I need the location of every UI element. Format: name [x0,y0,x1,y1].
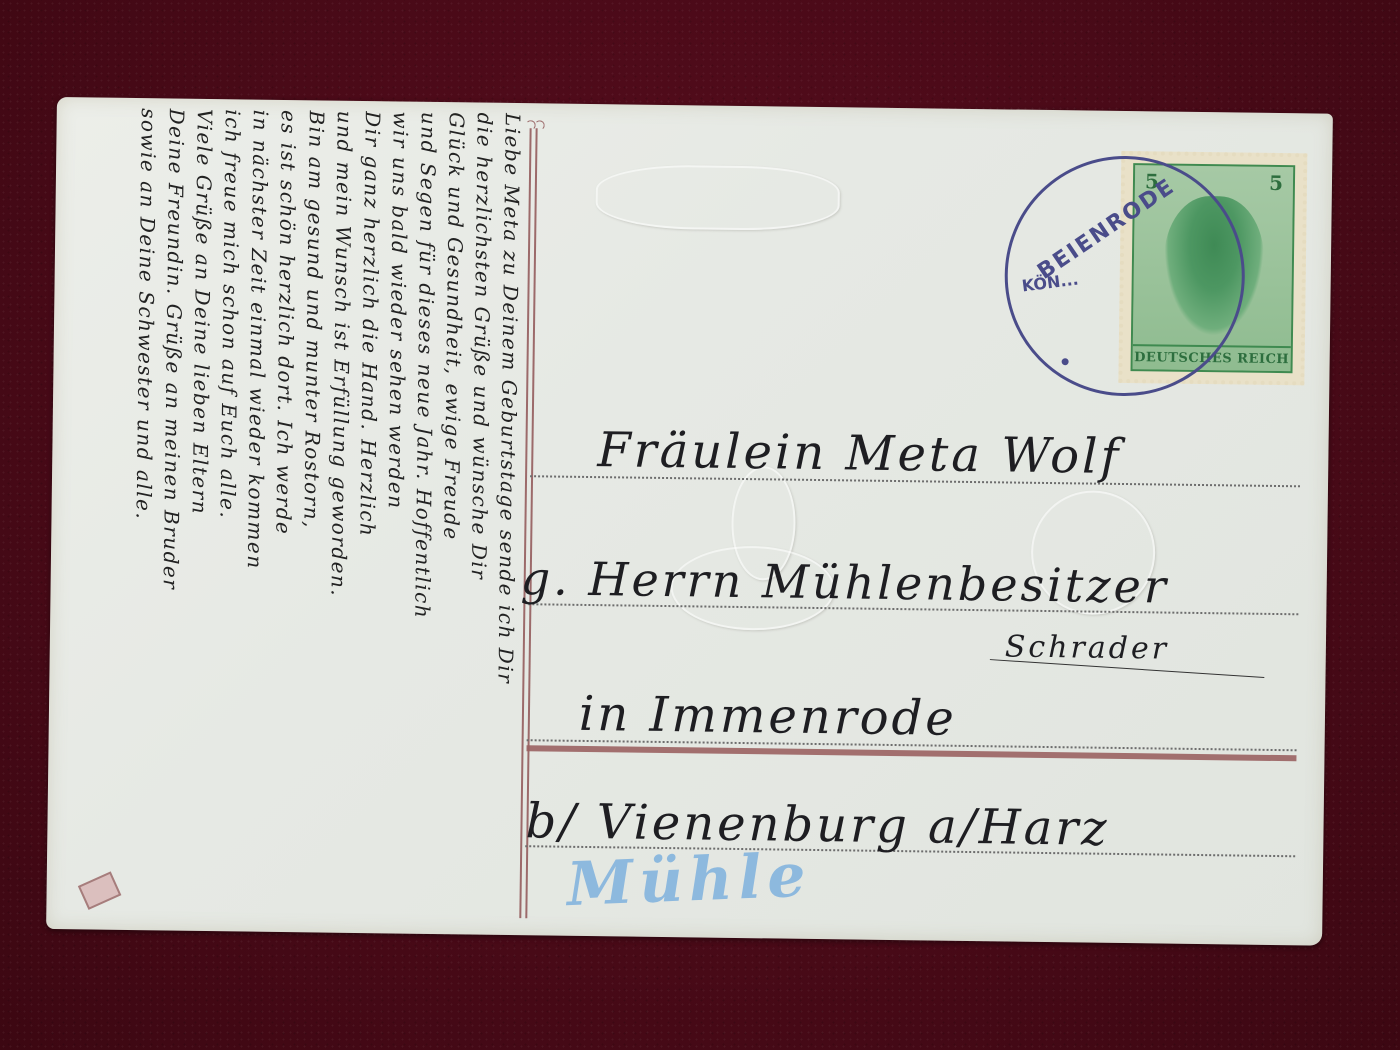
embossed-ornament [595,164,840,231]
stamp-value-right: 5 [1269,171,1283,195]
postmark-town: BEIENRODE [1033,174,1180,285]
postmark-subtext: KÖN... [1021,270,1080,296]
address-care-of: g. Herrn Mühlenbesitzer [520,551,1169,613]
postcard: Liebe Meta zu Deinem Geburtstage sende i… [46,97,1333,946]
address-town: in Immenrode [579,686,958,747]
handwritten-message: Liebe Meta zu Deinem Geburtstage sende i… [56,107,527,928]
address-recipient: Fräulein Meta Wolf [597,422,1122,485]
blue-crayon-note: Mühle [566,841,813,921]
postmark-star-icon [1062,358,1069,365]
publisher-mark-icon [78,871,122,909]
